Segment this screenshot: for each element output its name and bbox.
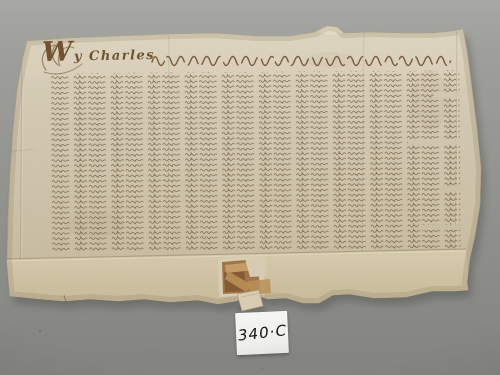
heading-opening-words: Wy Charles [42,42,155,65]
reference-label-text: 340·C [237,321,287,345]
reference-label: 340·C [235,311,289,355]
photo-scene: Wy Charles 340·C [0,0,500,375]
